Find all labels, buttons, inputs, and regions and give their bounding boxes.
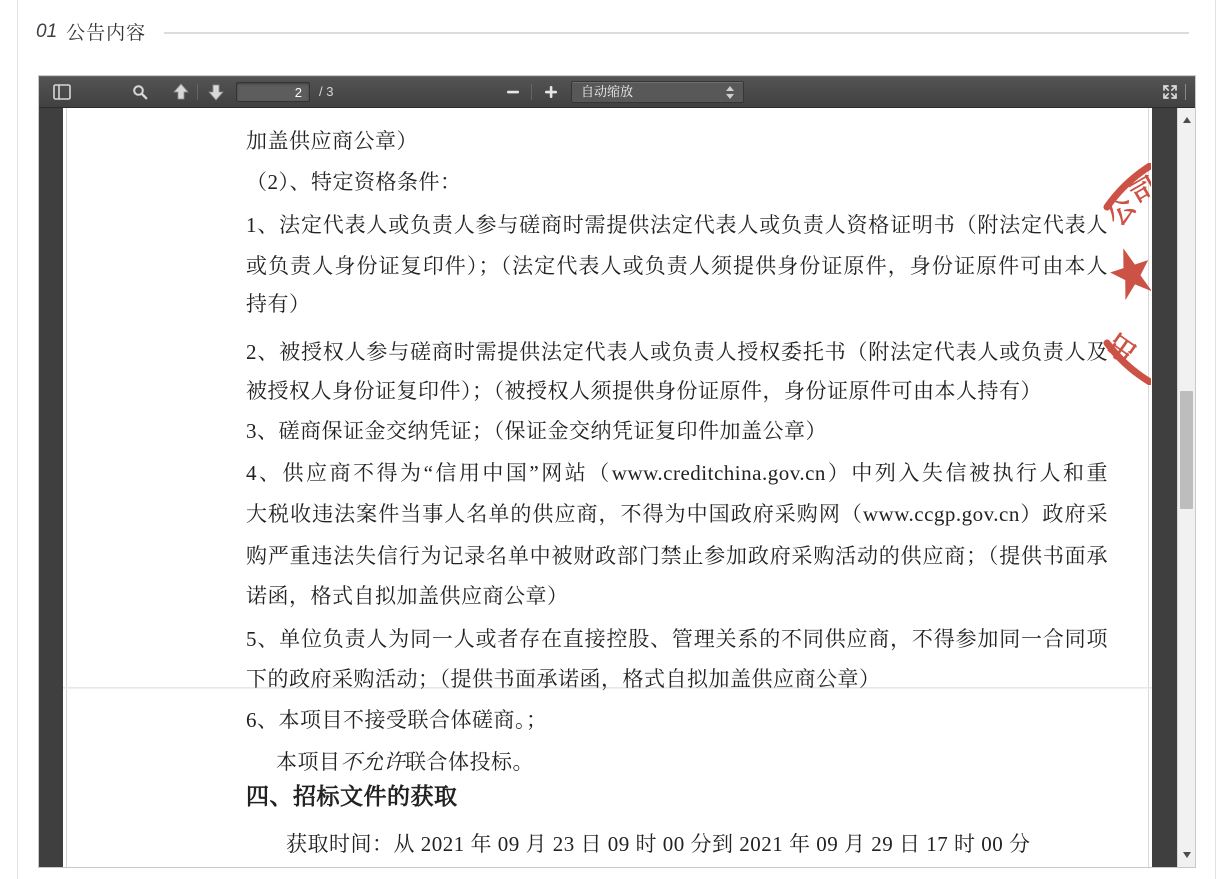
stamp-text: 出 [1103,327,1142,367]
document-text-line: 被授权人身份证复印件）；（被授权人须提供身份证原件，身份证原件可由本人持有） [246,377,1108,405]
fullscreen-icon [1161,83,1179,101]
sidebar-toggle-button[interactable] [49,79,75,105]
section-divider [164,32,1189,34]
pdf-viewer: / 3 自动缩放 [38,75,1196,868]
zoom-in-button[interactable] [538,79,564,105]
page-count-label: / 3 [319,76,333,108]
announcement-card: 01 公告内容 [17,0,1216,879]
document-text-line: 加盖供应商公章） [246,127,1108,155]
zoom-out-button[interactable] [500,79,526,105]
document-text-line: 下的政府采购活动；（提供书面承诺函，格式自拟加盖供应商公章） [246,665,1108,693]
previous-page-button[interactable] [168,79,194,105]
company-seal-stamp: 公 司 出 [1087,163,1151,385]
document-text-line: 4、供应商不得为“信用中国”网站（www.creditchina.gov.cn）… [246,459,1108,487]
section-title: 公告内容 [66,18,146,45]
toolbar-separator [531,84,532,100]
document-text-line: 1、法定代表人或负责人参与磋商时需提供法定代表人或负责人资格证明书（附法定代表人 [246,211,1108,239]
plus-icon [544,85,558,99]
toolbar-separator [1185,84,1186,100]
minus-icon [506,85,520,99]
document-text-line: 持有） [246,290,1108,318]
document-text-line: 本项目不允许联合体投标。 [246,748,1108,776]
vertical-scrollbar[interactable] [1177,108,1195,867]
document-text-line: 获取时间：从 2021 年 09 月 23 日 09 时 00 分到 2021 … [246,830,1108,858]
document-text-line: 购严重违法失信行为记录名单中被财政部门禁止参加政府采购活动的供应商；（提供书面承 [246,542,1108,570]
search-button[interactable] [127,79,153,105]
document-text-line: 大税收违法案件当事人名单的供应商，不得为中国政府采购网（www.ccgp.gov… [246,500,1108,528]
scroll-down-arrow[interactable] [1178,847,1196,863]
document-heading: 四、招标文件的获取 [246,782,1108,812]
section-header: 01 公告内容 [36,18,1189,45]
arrow-down-icon [207,83,225,101]
document-text-line: 诺函，格式自拟加盖供应商公章） [246,582,1108,610]
next-page-button[interactable] [203,79,229,105]
page-scan-edge [66,108,67,867]
page-number-input[interactable] [236,82,310,102]
pdf-viewport: 加盖供应商公章）（2）、特定资格条件：1、法定代表人或负责人参与磋商时需提供法定… [39,108,1195,867]
presentation-mode-button[interactable] [1157,79,1183,105]
search-icon [132,84,148,100]
arrow-up-icon [172,83,190,101]
sidebar-toggle-icon [53,84,71,100]
document-text-line: 或负责人身份证复印件）；（法定代表人或负责人须提供身份证原件，身份证原件可由本人 [246,252,1108,280]
zoom-select[interactable]: 自动缩放 [571,81,744,103]
scrollbar-thumb[interactable] [1180,391,1193,509]
select-arrows-icon [726,86,735,99]
pdf-page: 加盖供应商公章）（2）、特定资格条件：1、法定代表人或负责人参与磋商时需提供法定… [63,108,1152,867]
toolbar-separator [197,84,198,100]
zoom-select-value: 自动缩放 [581,84,633,99]
document-text-line: 2、被授权人参与磋商时需提供法定代表人或负责人授权委托书（附法定代表人或负责人及 [246,338,1108,366]
document-text-line: 3、磋商保证金交纳凭证；（保证金交纳凭证复印件加盖公章） [246,417,1108,445]
scroll-up-arrow[interactable] [1178,112,1196,128]
section-number: 01 [36,21,57,43]
stamp-star [1104,242,1151,302]
document-text-line: 6、本项目不接受联合体磋商。； [246,706,1108,734]
pdf-toolbar: / 3 自动缩放 [39,76,1195,108]
document-text-line: 5、单位负责人为同一人或者存在直接控股、管理关系的不同供应商，不得参加同一合同项 [246,625,1108,653]
document-text-line: （2）、特定资格条件： [246,168,1108,196]
